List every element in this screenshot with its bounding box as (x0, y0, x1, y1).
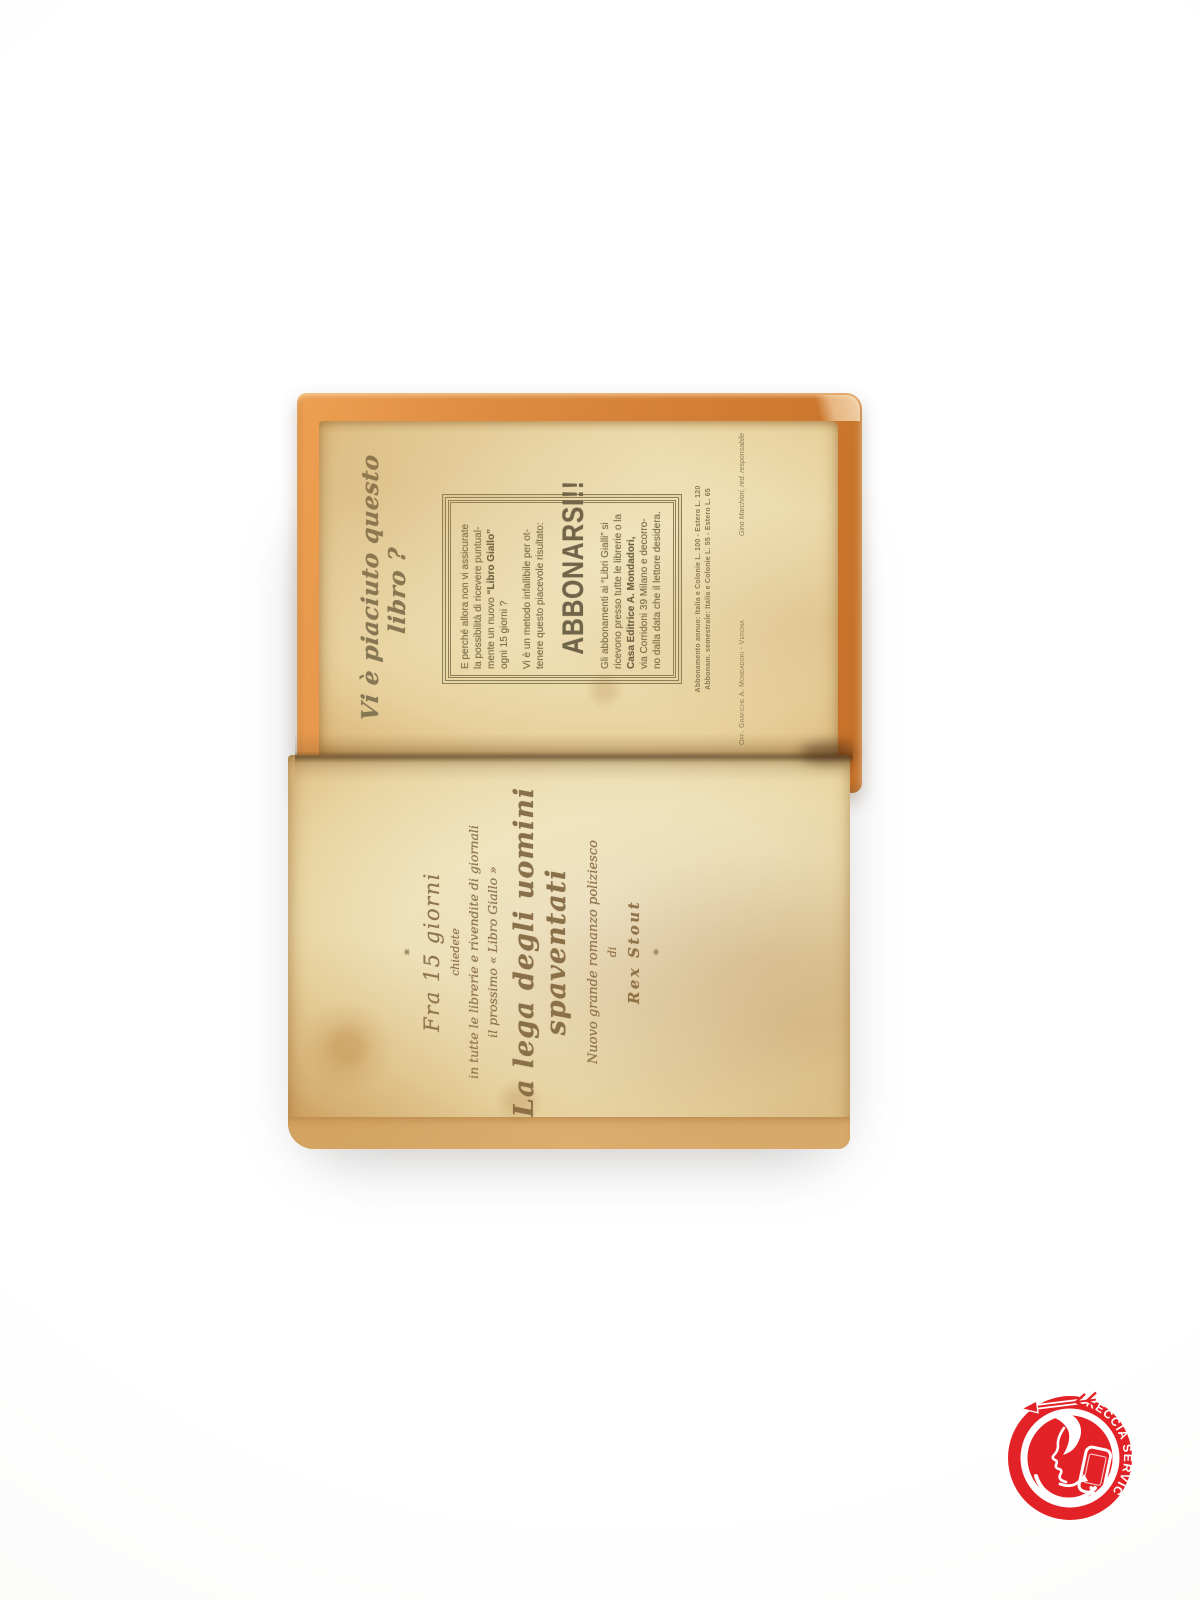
ad-paragraph-3-text: Gli abbonamenti ai “Libri Gialli” si ric… (600, 514, 624, 669)
announce-series: il prossimo « Libro Giallo » (485, 755, 500, 1149)
editor-name: Gino Marchiori, red. responsabile (739, 433, 746, 536)
rate-line-annual: Abbonamento annuo: Italia e Colonie L. 1… (694, 421, 704, 757)
left-page-content: * Fra 15 giorni chiedete in tutte le lib… (288, 755, 850, 1149)
announce-ask: chiedete (449, 755, 462, 1149)
ad-paragraph-3-end: via Corridoni 39 Milano e decorro- no da… (639, 511, 663, 669)
freccia-service-logo: FRECCIA SERVICE (1000, 1388, 1140, 1528)
gutter-shadow-right (800, 742, 855, 764)
next-book-subtitle: Nuovo grande romanzo poliziesco (586, 755, 601, 1149)
ad-ruled-box-inner: E perché allora non vi assicurate la pos… (448, 500, 676, 678)
printer-name: Off. Grafiche A. Mondadori - Verona (739, 620, 746, 745)
ad-paragraph-2: Vi è un metodo infallibile per ot- tener… (521, 509, 547, 669)
ad-paragraph-3: Gli abbonamenti ai “Libri Gialli” si ric… (599, 509, 664, 669)
ad-paragraph-1: E perché allora non vi assicurate la pos… (459, 509, 511, 669)
page-edges-stack (288, 1117, 850, 1149)
publisher-bold: Casa Editrice A. Mondadori, (626, 537, 637, 669)
announce-where: in tutte le librerie e rivendite di gior… (466, 755, 481, 1149)
ornament-star-bottom: * (653, 755, 666, 1149)
subscribe-word: ABBONARSI!! (556, 523, 592, 654)
rate-line-semester: Abbonam. semestrale: Italia e Colonie L.… (704, 421, 714, 757)
ad-ruled-box-core: E perché allora non vi assicurate la pos… (450, 502, 674, 676)
ad-paragraph-1-end: ogni 15 giorni ? (499, 601, 510, 669)
photo-background: Vi è piaciuto questo libro ? E perché al… (0, 0, 1200, 1600)
right-page-content: Vi è piaciuto questo libro ? E perché al… (319, 421, 838, 757)
libro-giallo-bold: “Libro Giallo” (486, 529, 497, 595)
ad-headline: Vi è piaciuto questo libro ? (357, 421, 411, 757)
imprint-line: Off. Grafiche A. Mondadori - Verona Gino… (739, 433, 746, 745)
next-book-title: La lega degli uomini spaventati (509, 755, 573, 1149)
ornament-star-top: * (288, 755, 417, 1149)
left-page: * Fra 15 giorni chiedete in tutte le lib… (288, 755, 850, 1149)
author-name: Rex Stout (625, 755, 643, 1149)
announcement-block: * Fra 15 giorni chiedete in tutte le lib… (288, 755, 850, 1149)
announce-when: Fra 15 giorni (420, 755, 444, 1149)
ad-ruled-box: E perché allora non vi assicurate la pos… (445, 497, 679, 681)
right-page: Vi è piaciuto questo libro ? E perché al… (319, 421, 838, 757)
byline-di: di (606, 755, 619, 1149)
subscription-rates: Abbonamento annuo: Italia e Colonie L. 1… (694, 421, 713, 757)
